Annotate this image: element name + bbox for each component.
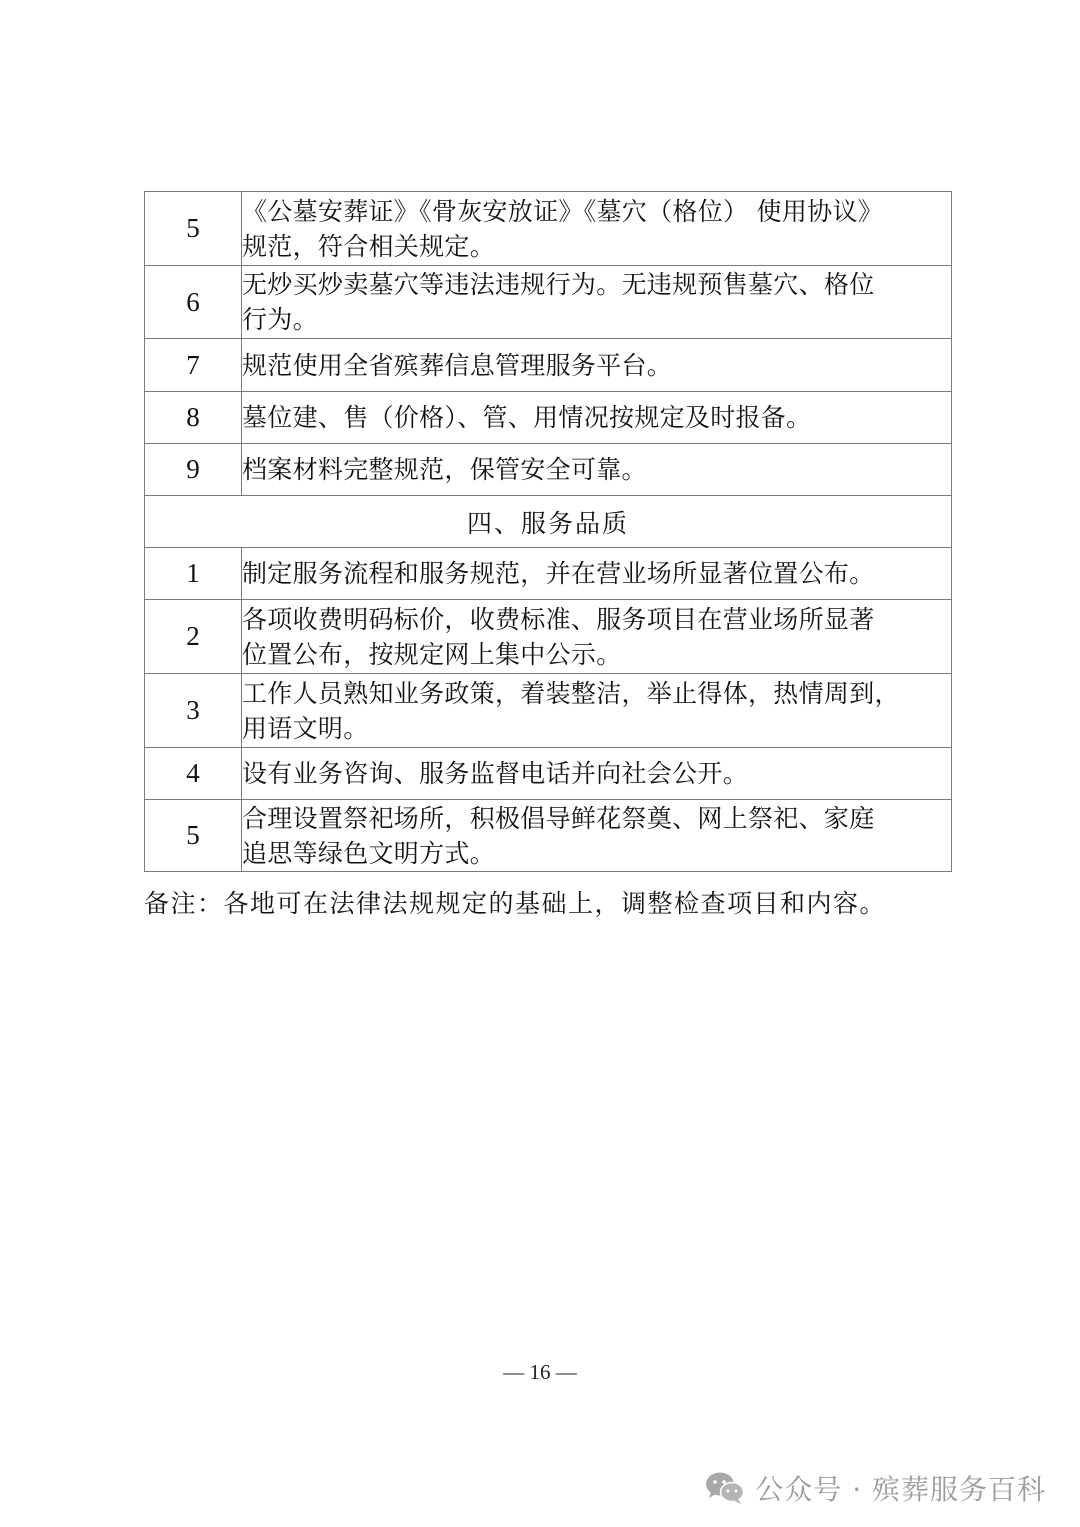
item-number: 1 bbox=[145, 548, 242, 600]
footnote: 备注：各地可在法律法规规定的基础上，调整检查项目和内容。 bbox=[144, 886, 886, 922]
item-number: 3 bbox=[145, 674, 242, 748]
wechat-icon bbox=[705, 1471, 745, 1505]
section-header-row: 四、服务品质 bbox=[145, 496, 952, 548]
item-content-line: 各项收费明码标价，收费标准、服务项目在营业场所显著 bbox=[242, 602, 951, 637]
table-row: 4设有业务咨询、服务监督电话并向社会公开。 bbox=[145, 748, 952, 800]
watermark-text: 公众号 · 殡葬服务百科 bbox=[755, 1468, 1046, 1508]
page-number: — 16 — bbox=[0, 1360, 1080, 1385]
item-content-line: 制定服务流程和服务规范，并在营业场所显著位置公布。 bbox=[242, 556, 951, 591]
table-row: 7规范使用全省殡葬信息管理服务平台。 bbox=[145, 339, 952, 392]
table-row: 8墓位建、售（价格）、管、用情况按规定及时报备。 bbox=[145, 392, 952, 444]
inspection-table: 5《公墓安葬证》《骨灰安放证》《墓穴（格位） 使用协议》规范，符合相关规定。6无… bbox=[144, 191, 952, 872]
item-content-line: 规范，符合相关规定。 bbox=[242, 229, 951, 264]
item-content: 合理设置祭祀场所，积极倡导鲜花祭奠、网上祭祀、家庭追思等绿色文明方式。 bbox=[242, 800, 952, 872]
inspection-table-body: 5《公墓安葬证》《骨灰安放证》《墓穴（格位） 使用协议》规范，符合相关规定。6无… bbox=[145, 192, 952, 872]
item-content-line: 设有业务咨询、服务监督电话并向社会公开。 bbox=[242, 756, 951, 791]
table-row: 1制定服务流程和服务规范，并在营业场所显著位置公布。 bbox=[145, 548, 952, 600]
item-content-line: 档案材料完整规范，保管安全可靠。 bbox=[242, 452, 951, 487]
item-number: 4 bbox=[145, 748, 242, 800]
item-number: 6 bbox=[145, 266, 242, 339]
item-content: 各项收费明码标价，收费标准、服务项目在营业场所显著位置公布，按规定网上集中公示。 bbox=[242, 600, 952, 674]
item-content-line: 无炒买炒卖墓穴等违法违规行为。无违规预售墓穴、格位 bbox=[242, 267, 951, 302]
item-content: 规范使用全省殡葬信息管理服务平台。 bbox=[242, 339, 952, 392]
item-content: 制定服务流程和服务规范，并在营业场所显著位置公布。 bbox=[242, 548, 952, 600]
item-number: 9 bbox=[145, 444, 242, 496]
table-row: 2各项收费明码标价，收费标准、服务项目在营业场所显著位置公布，按规定网上集中公示… bbox=[145, 600, 952, 674]
item-number: 5 bbox=[145, 192, 242, 266]
section-title: 四、服务品质 bbox=[145, 496, 952, 548]
item-content: 工作人员熟知业务政策，着装整洁，举止得体，热情周到，用语文明。 bbox=[242, 674, 952, 748]
item-content-line: 工作人员熟知业务政策，着装整洁，举止得体，热情周到， bbox=[242, 676, 951, 711]
table-row: 9档案材料完整规范，保管安全可靠。 bbox=[145, 444, 952, 496]
item-content-line: 位置公布，按规定网上集中公示。 bbox=[242, 637, 951, 672]
table-row: 6无炒买炒卖墓穴等违法违规行为。无违规预售墓穴、格位行为。 bbox=[145, 266, 952, 339]
item-content-line: 墓位建、售（价格）、管、用情况按规定及时报备。 bbox=[242, 400, 951, 435]
item-number: 5 bbox=[145, 800, 242, 872]
item-content-line: 追思等绿色文明方式。 bbox=[242, 836, 951, 871]
watermark: 公众号 · 殡葬服务百科 bbox=[705, 1468, 1046, 1508]
item-content-line: 行为。 bbox=[242, 302, 951, 337]
item-number: 7 bbox=[145, 339, 242, 392]
item-content: 档案材料完整规范，保管安全可靠。 bbox=[242, 444, 952, 496]
table-row: 3工作人员熟知业务政策，着装整洁，举止得体，热情周到，用语文明。 bbox=[145, 674, 952, 748]
item-content-line: 《公墓安葬证》《骨灰安放证》《墓穴（格位） 使用协议》 bbox=[242, 194, 951, 229]
item-content-line: 用语文明。 bbox=[242, 711, 951, 746]
item-number: 8 bbox=[145, 392, 242, 444]
item-content: 《公墓安葬证》《骨灰安放证》《墓穴（格位） 使用协议》规范，符合相关规定。 bbox=[242, 192, 952, 266]
item-content: 设有业务咨询、服务监督电话并向社会公开。 bbox=[242, 748, 952, 800]
table-row: 5《公墓安葬证》《骨灰安放证》《墓穴（格位） 使用协议》规范，符合相关规定。 bbox=[145, 192, 952, 266]
item-content: 无炒买炒卖墓穴等违法违规行为。无违规预售墓穴、格位行为。 bbox=[242, 266, 952, 339]
item-content: 墓位建、售（价格）、管、用情况按规定及时报备。 bbox=[242, 392, 952, 444]
item-content-line: 规范使用全省殡葬信息管理服务平台。 bbox=[242, 348, 951, 383]
item-number: 2 bbox=[145, 600, 242, 674]
item-content-line: 合理设置祭祀场所，积极倡导鲜花祭奠、网上祭祀、家庭 bbox=[242, 801, 951, 836]
table-row: 5合理设置祭祀场所，积极倡导鲜花祭奠、网上祭祀、家庭追思等绿色文明方式。 bbox=[145, 800, 952, 872]
